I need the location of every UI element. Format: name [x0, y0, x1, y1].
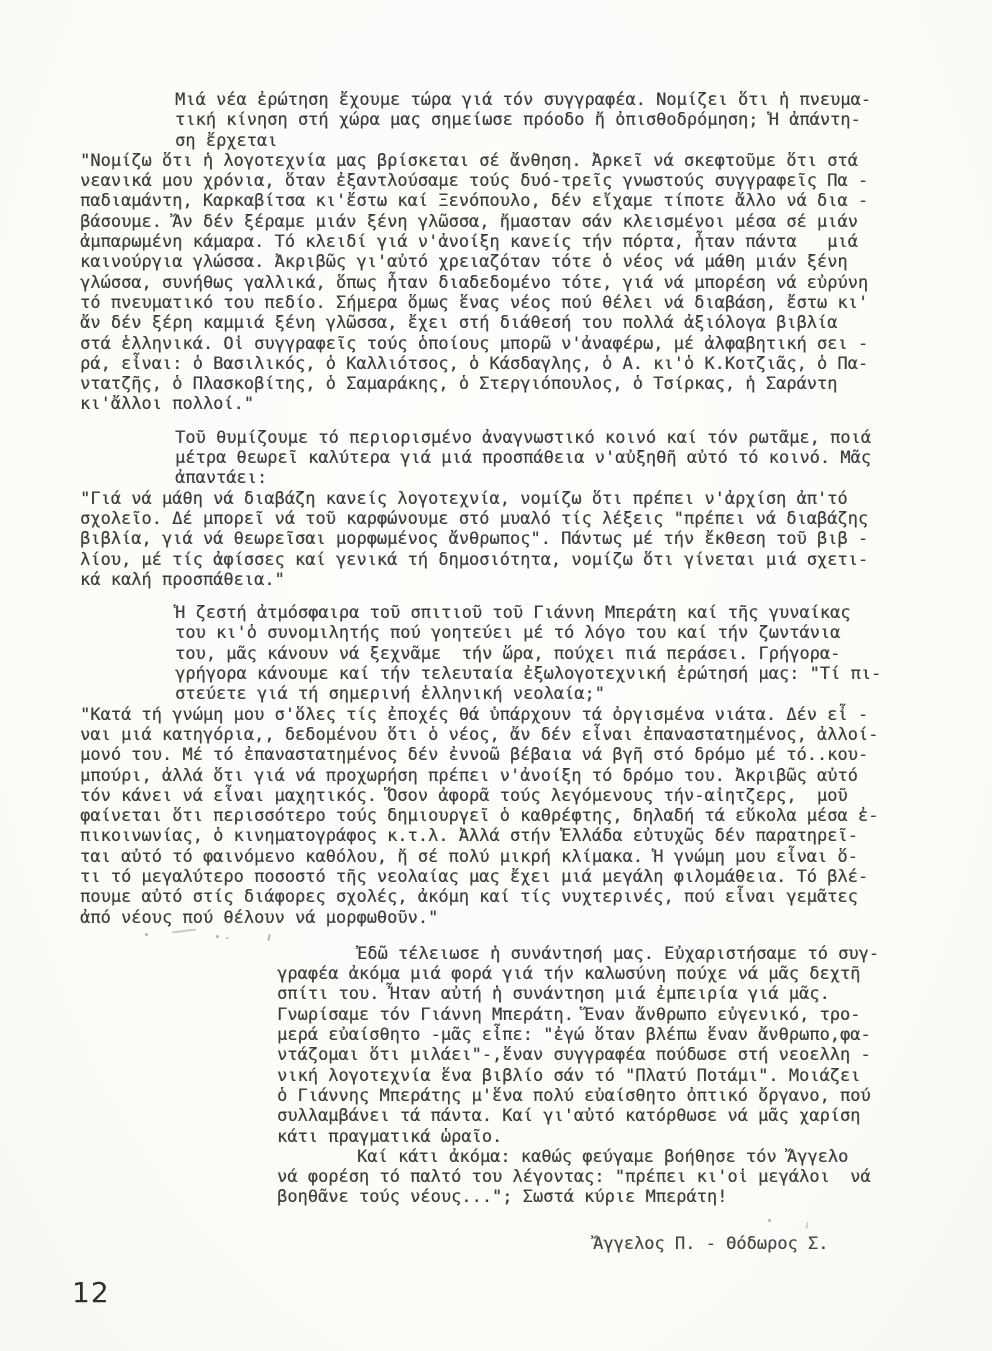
text-line: Ἐδῶ τέλειωσε ἡ συνάντησή μας. Εὐχαριστήσ… — [277, 944, 912, 964]
smudge-mark — [768, 1219, 771, 1222]
text-line: βάσουμε. Ἄν δέν ξέραμε μιάν ξένη γλῶσσα,… — [80, 212, 912, 232]
text-line: τική κίνηση στή χώρα μας σημείωσε πρόοδο… — [175, 110, 912, 130]
text-line: νική λογοτεχνία ἕνα βιβλίο σάν τό "Πλατύ… — [277, 1066, 912, 1086]
text-line: συλλαμβάνει τά πάντα. Καί γι'αὐτό κατόρθ… — [277, 1106, 912, 1126]
text-line: σπίτι του. Ἦταν αὐτή ἡ συνάντηση μιά ἐμπ… — [277, 984, 912, 1004]
text-line: τόν κάνει νά εἶναι μαχητικός. Ὅσον ἀφορᾶ… — [80, 786, 912, 806]
text-line: Γνωρίσαμε τόν Γιάννη Μπεράτη. Ἕναν ἄνθρω… — [277, 1005, 912, 1025]
text-line: ται αὐτό τό φαινόμενο καθόλου, ἤ σέ πολύ… — [80, 847, 912, 867]
text-line: Καί κάτι ἀκόμα: καθώς φεύγαμε βοήθησε τό… — [277, 1147, 912, 1167]
text-line: ἀπό νέους πού θέλουν νά μορφωθοῦν." — [80, 908, 912, 928]
text-line: βοηθᾶνε τούς νέους..."; Σωστά κύριε Μπερ… — [277, 1187, 912, 1207]
smudge-mark — [145, 933, 148, 936]
text-line: τι τό μεγαλύτερο ποσοστό τῆς νεολαίας μα… — [80, 867, 912, 887]
text-line: στά ἑλληνικά. Οἱ συγγραφεῖς τούς ὁποίους… — [80, 334, 912, 354]
text-line: ση ἔρχεται — [175, 131, 912, 151]
text-line: μπούρι, ἀλλά ὅτι γιά νά προχωρήση πρέπει… — [80, 766, 912, 786]
paragraph-block: "Νομίζω ὅτι ἡ λογοτεχνία μας βρίσκεται σ… — [80, 151, 912, 415]
text-line: στεύετε γιά τή σημερινή ἑλληνική νεολαία… — [175, 684, 912, 704]
text-line: "Γιά νά μάθη νά διαβάζη κανείς λογοτεχνί… — [80, 489, 912, 509]
paragraph-block: "Κατά τή γνώμη μου σ'ὅλες τίς ἐποχές θά … — [80, 705, 912, 928]
text-line: γραφέα ἀκόμα μιά φορά γιά τήν καλωσύνη π… — [277, 964, 912, 984]
text-line: μονό του. Μέ τό ἐπαναστατημένος δέν ἐννο… — [80, 745, 912, 765]
text-line: μέτρα θεωρεῖ καλύτερα γιά μιά προσπάθεια… — [175, 448, 912, 468]
text-line: Ἡ ζεστή ἀτμόσφαιρα τοῦ σπιτιοῦ τοῦ Γιάνν… — [175, 603, 912, 623]
text-line: ἄν δέν ξέρη καμμιά ξένη γλῶσσα, ἔχει στή… — [80, 313, 912, 333]
text-line: κά καλή προσπάθεια." — [80, 570, 912, 590]
text-line: ἀμπαρωμένη κάμαρα. Τό κλειδί γιά ν'ἀνοίξ… — [80, 232, 912, 252]
text-line: τό πνευματικό του πεδίο. Σήμερα ὅμως ἕνα… — [80, 293, 912, 313]
text-line: κάτι πραγματικά ὡραῖο. — [277, 1127, 912, 1147]
text-line: γλώσσα, συνήθως γαλλικά, ὅπως ἦταν διαδε… — [80, 273, 912, 293]
text-line: πικοινωνίας, ὁ κινηματογράφος κ.τ.λ. Ἀλλ… — [80, 826, 912, 846]
smudge-mark — [216, 935, 219, 938]
signature: Ἄγγελος Π. - Θόδωρος Σ. — [593, 1234, 912, 1254]
text-line: ὁ Γιάννης Μπεράτης μ'ἕνα πολύ εὐαίσθητο … — [277, 1086, 912, 1106]
text-line: μερά εὐαίσθητο -μᾶς εἶπε: "ἐγώ ὅταν βλέπ… — [277, 1025, 912, 1045]
text-line: ναι μιά κατηγόρια,, δεδομένου ὅτι ὁ νέος… — [80, 725, 912, 745]
text-line: ντατζῆς, ὁ Πλασκοβίτης, ὁ Σαμαράκης, ὁ Σ… — [80, 374, 912, 394]
text-line: νά φορέση τό παλτό του λέγοντας: "πρέπει… — [277, 1167, 912, 1187]
text-line: Τοῦ θυμίζουμε τό περιορισμένο ἀναγνωστικ… — [175, 428, 912, 448]
text-line: ντάζομαι ὅτι μιλάει"-,ἕναν συγγραφέα πού… — [277, 1045, 912, 1065]
text-line: πουμε αὐτό στίς διάφορες σχολές, ἀκόμη κ… — [80, 887, 912, 907]
text-line: γρήγορα κάνουμε καί τήν τελευταία ἐξωλογ… — [175, 664, 912, 684]
page-number: 12 — [72, 1276, 110, 1309]
text-line: ρά, εἶναι: ὁ Βασιλικός, ὁ Καλλιότσος, ὁ … — [80, 354, 912, 374]
text-line: "Νομίζω ὅτι ἡ λογοτεχνία μας βρίσκεται σ… — [80, 151, 912, 171]
text-line: λίου, μέ τίς ἀφίσσες καί γενικά τή δημοσ… — [80, 550, 912, 570]
paragraph-block: "Γιά νά μάθη νά διαβάζη κανείς λογοτεχνί… — [80, 489, 912, 590]
text-line: καινούργια γλώσσα. Ἀκριβῶς γι'αὐτό χρεια… — [80, 252, 912, 272]
document-text: Μιά νέα ἐρώτηση ἔχουμε τώρα γιά τόν συγγ… — [80, 90, 912, 1254]
paragraph-block: Ἡ ζεστή ἀτμόσφαιρα τοῦ σπιτιοῦ τοῦ Γιάνν… — [175, 603, 912, 704]
paragraph-block: Τοῦ θυμίζουμε τό περιορισμένο ἀναγνωστικ… — [175, 428, 912, 489]
text-line: σχολεῖο. Δέ μπορεῖ νά τοῦ καρφώνουμε στό… — [80, 509, 912, 529]
text-line: "Κατά τή γνώμη μου σ'ὅλες τίς ἐποχές θά … — [80, 705, 912, 725]
text-line: ἀπαντάει: — [175, 468, 912, 488]
text-line: Μιά νέα ἐρώτηση ἔχουμε τώρα γιά τόν συγγ… — [175, 90, 912, 110]
text-line: του, μᾶς κάνουν νά ξεχνᾶμε τήν ὥρα, πούχ… — [175, 644, 912, 664]
text-line: του κι'ὁ συνομιλητής πού γοητεύει μέ τό … — [175, 623, 912, 643]
paragraph-block: Καί κάτι ἀκόμα: καθώς φεύγαμε βοήθησε τό… — [277, 1147, 912, 1208]
text-line: κι'ἄλλοι πολλοί." — [80, 394, 912, 414]
text-line: φαίνεται ὅτι περισσότερο τούς δημιουργεῖ… — [80, 806, 912, 826]
scanned-page: Μιά νέα ἐρώτηση ἔχουμε τώρα γιά τόν συγγ… — [0, 0, 992, 1351]
paragraph-block: Ἐδῶ τέλειωσε ἡ συνάντησή μας. Εὐχαριστήσ… — [277, 944, 912, 1147]
smudge-mark — [226, 937, 228, 939]
text-line: νεανικά μου χρόνια, ὅταν ἐξαντλούσαμε το… — [80, 171, 912, 191]
text-line: παδιαμάντη, Καρκαβίτσα κι'ἔστω καί Ξενόπ… — [80, 191, 912, 211]
paragraph-block: Μιά νέα ἐρώτηση ἔχουμε τώρα γιά τόν συγγ… — [175, 90, 912, 151]
text-line: βιβλία, γιά νά θεωρεῖσαι μορφωμένος ἄνθρ… — [80, 529, 912, 549]
